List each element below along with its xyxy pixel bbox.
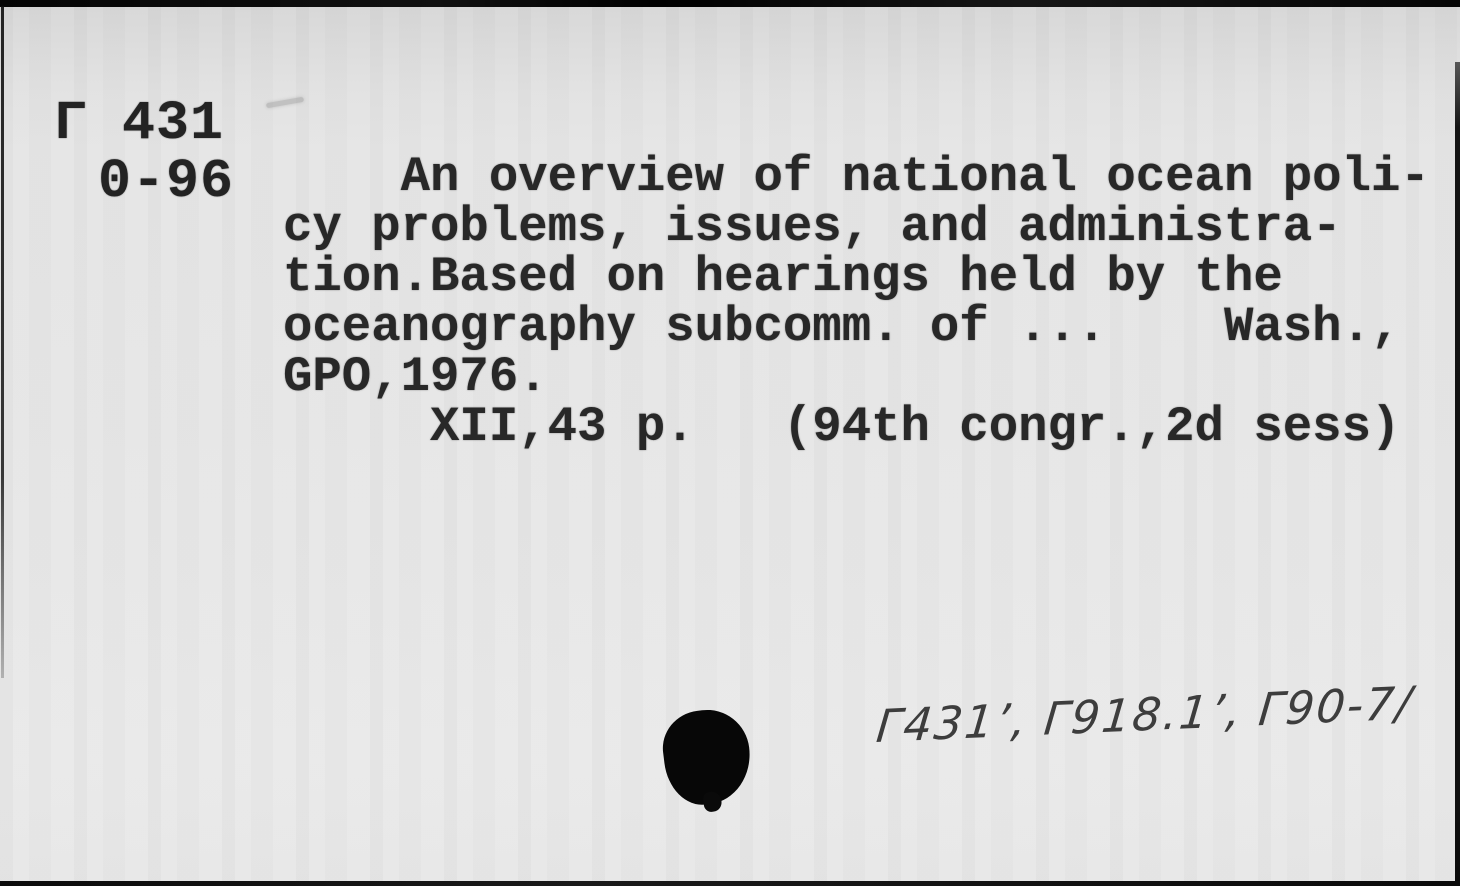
typed-line-imprint: oceanography subcomm. of ... Wash., (283, 302, 1430, 352)
scan-smudge (266, 97, 304, 109)
call-number-item: 0-96 (98, 150, 234, 213)
scan-left-edge-line (1, 6, 4, 678)
typed-line-collation: XII,43 p. (94th congr.,2d sess) (283, 402, 1430, 452)
typed-line-publisher-year: GPO,1976. (283, 352, 1430, 402)
catalog-card-scan: Г 431 0-96 An overview of national ocean… (0, 0, 1460, 886)
scan-bottom-edge (0, 881, 1460, 886)
typed-line-title-2: cy problems, issues, and administra- (283, 202, 1430, 252)
ink-blot (659, 705, 756, 809)
call-number-series: Г 431 (54, 92, 224, 155)
typed-line-title-1: An overview of national ocean poli- (283, 152, 1430, 202)
typed-line-title-3: tion.Based on hearings held by the (283, 252, 1430, 302)
scan-top-edge (0, 0, 1460, 7)
typed-entry: An overview of national ocean poli- cy p… (283, 152, 1430, 452)
scan-right-edge-line (1455, 62, 1460, 886)
handwritten-classmarks: Г431’, Г918.1’, Г90-7/ (874, 676, 1416, 753)
